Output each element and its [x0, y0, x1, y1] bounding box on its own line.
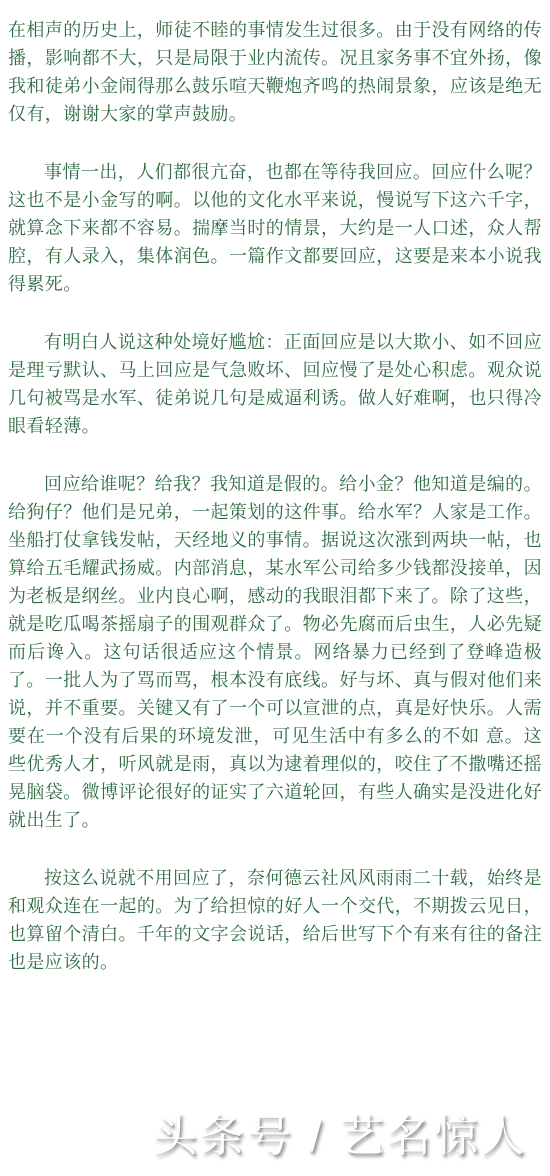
article-paragraph-3: 有明白人说这种处境好尴尬：正面回应是以大欺小、如不回应是理亏默认、马上回应是气急… — [8, 328, 542, 440]
article-body: 在相声的历史上，师徒不睦的事情发生过很多。由于没有网络的传播，影响都不大，只是局… — [0, 0, 550, 976]
article-paragraph-2: 事情一出，人们都很亢奋，也都在等待我回应。回应什么呢？这也不是小金写的啊。以他的… — [8, 158, 542, 298]
article-paragraph-1: 在相声的历史上，师徒不睦的事情发生过很多。由于没有网络的传播，影响都不大，只是局… — [8, 16, 542, 128]
article-paragraph-5: 按这么说就不用回应了，奈何德云社风风雨雨二十载，始终是和观众连在一起的。为了给担… — [8, 864, 542, 976]
toutiao-watermark: 头条号 / 艺名惊人 — [0, 1100, 528, 1164]
article-paragraph-4: 回应给谁呢？给我？我知道是假的。给小金？他知道是编的。给狗仔？他们是兄弟，一起策… — [8, 470, 542, 834]
